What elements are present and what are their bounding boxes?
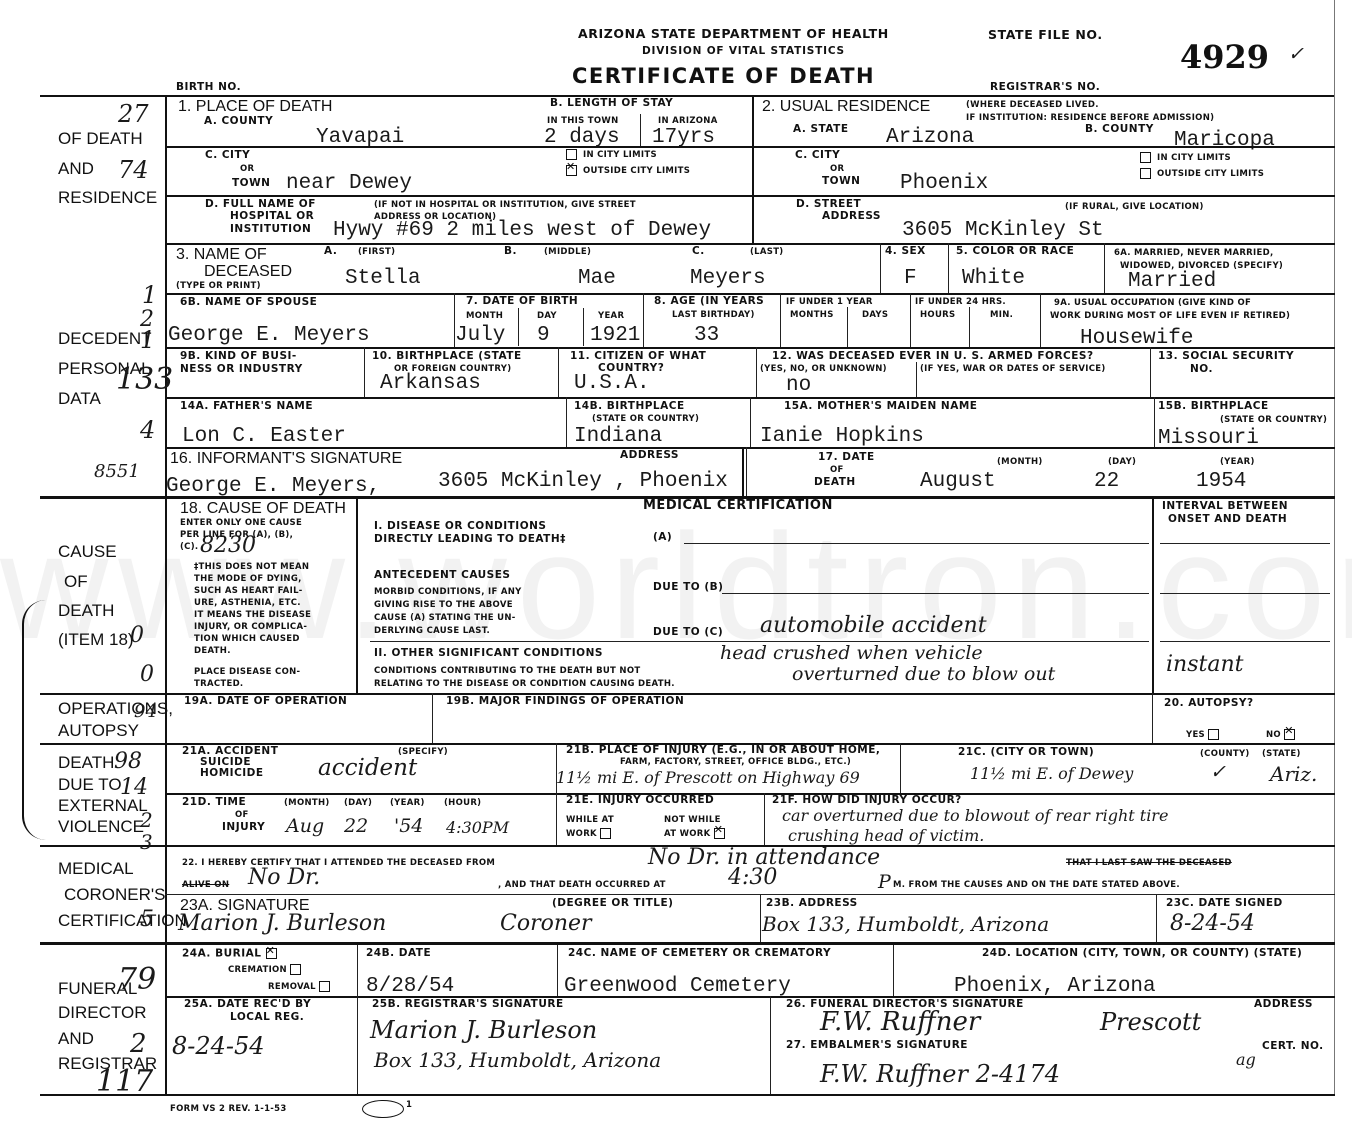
injury-time-hour-label: (HOUR) [444, 798, 481, 808]
certify-text-5: M. FROM THE CAUSES AND ON THE DATE STATE… [893, 880, 1180, 890]
margin-code: 8551 [94, 462, 140, 482]
checkbox-removal[interactable] [319, 981, 330, 992]
cemetery-location-label: 24D. LOCATION (CITY, TOWN, OR COUNTY) (S… [982, 948, 1302, 959]
dod-label-2: OF [830, 465, 844, 475]
birth-no-label: BIRTH NO. [176, 82, 241, 93]
town-label: TOWN [232, 178, 270, 189]
antecedent-1: MORBID CONDITIONS, IF ANY [374, 587, 522, 597]
margin-item18: (ITEM 18) [58, 631, 134, 649]
age-label-2: LAST BIRTHDAY) [672, 310, 755, 320]
last-name-label: C. [692, 246, 705, 257]
medical-certification-label: MEDICAL CERTIFICATION [643, 500, 833, 511]
residence-state-label: A. STATE [793, 124, 849, 135]
certify-text-1: 22. I HEREBY CERTIFY THAT I ATTENDED THE… [182, 858, 495, 868]
first-name-label: A. [324, 246, 337, 257]
street-label-1: D. STREET [796, 199, 861, 210]
other-conditions-value-2: overturned due to blow out [792, 664, 1055, 684]
margin-coroners: CORONER'S [64, 886, 165, 904]
how-injury-label: 21F. HOW DID INJURY OCCUR? [772, 795, 962, 806]
certify-text-3: ALIVE ON [182, 880, 229, 890]
margin-medical: MEDICAL [58, 860, 134, 878]
industry-label-2: NESS OR INDUSTRY [180, 364, 303, 375]
injury-place-value: 11½ mi E. of Prescott on Highway 69 [556, 768, 860, 788]
injury-occurred-label: 21E. INJURY OCCURRED [566, 795, 714, 806]
race-label: 5. COLOR OR RACE [956, 246, 1074, 257]
city-or-label: OR [240, 164, 254, 174]
dob-day-label: DAY [537, 311, 557, 321]
under-1-months-label: MONTHS [790, 310, 834, 320]
usual-residence-note2: IF INSTITUTION: RESIDENCE BEFORE ADMISSI… [966, 113, 1214, 123]
margin-code: 14 [120, 778, 148, 798]
date-signed-label: 23C. DATE SIGNED [1166, 898, 1283, 909]
degree-label: (DEGREE OR TITLE) [552, 898, 673, 909]
cause-note-1: ‡THIS DOES NOT MEAN [194, 562, 309, 572]
stay-town-label: IN THIS TOWN [547, 116, 619, 126]
embalmer-signature: F.W. Ruffner 2-4174 [820, 1064, 1060, 1084]
cemetery-label: 24C. NAME OF CEMETERY OR CREMATORY [568, 948, 831, 959]
autopsy-no[interactable]: NO [1266, 729, 1301, 740]
first-name-value: Stella [345, 268, 421, 290]
cause-c-label: DUE TO (C) [653, 627, 723, 638]
middle-name-value: Mae [578, 268, 616, 290]
hospital-label-3: INSTITUTION [230, 224, 311, 235]
armed-forces-sub2: (IF YES, WAR OR DATES OF SERVICE) [920, 364, 1106, 374]
occupation-label-1: 9A. USUAL OCCUPATION (GIVE KIND OF [1054, 298, 1251, 308]
injury-time-day-value: 22 [344, 816, 368, 836]
margin-code: 0 [130, 626, 144, 646]
street-label-2: ADDRESS [822, 211, 881, 222]
mother-birthplace-label-1: 15B. BIRTHPLACE [1158, 401, 1269, 412]
while-at-work[interactable]: WORK [566, 828, 617, 839]
margin-code: 1 [140, 330, 155, 350]
funeral-director-signature: F.W. Ruffner [820, 1012, 980, 1032]
under-1-days-label: DAYS [862, 310, 888, 320]
dob-year-label: YEAR [598, 311, 624, 321]
occupation-label-2: WORK DURING MOST OF LIFE EVEN IF RETIRED… [1050, 311, 1290, 321]
residence-street-value: 3605 McKinley St [902, 220, 1104, 242]
usual-residence-label: 2. USUAL RESIDENCE [762, 98, 930, 115]
margin-code: 133 [116, 370, 173, 390]
cause-c-value: automobile accident [760, 616, 987, 636]
dob-label: 7. DATE OF BIRTH [466, 296, 578, 307]
coroner-signature-value: Marion J. Burleson [178, 914, 386, 934]
disease-label-1: I. DISEASE OR CONDITIONS [374, 521, 546, 532]
industry-label-1: 9B. KIND OF BUSI- [180, 351, 297, 362]
antecedent-2: GIVING RISE TO THE ABOVE [374, 600, 513, 610]
residence-city-value: Phoenix [900, 173, 988, 195]
under-1-year-label: IF UNDER 1 YEAR [786, 297, 873, 307]
other-conditions-label: II. OTHER SIGNIFICANT CONDITIONS [374, 648, 603, 659]
res-in-city-limits[interactable]: IN CITY LIMITS [1140, 152, 1231, 163]
under-24-hours-label: HOURS [920, 310, 955, 320]
margin-code: 74 [118, 160, 149, 180]
margin-code: 0 [140, 665, 154, 685]
margin-and-2: AND [58, 1030, 94, 1048]
father-name-value: Lon C. Easter [182, 426, 346, 448]
first-name-sub: (FIRST) [358, 247, 395, 257]
date-received-value: 8-24-54 [172, 1036, 265, 1056]
injury-time-label-1: 21D. TIME [182, 797, 246, 808]
middle-name-label: B. [504, 246, 517, 257]
under-24-min-label: MIN. [990, 310, 1013, 320]
injury-county-label: (COUNTY) [1200, 749, 1250, 759]
cause-b-label: DUE TO (B) [653, 582, 723, 593]
armed-forces-value: no [786, 375, 811, 397]
margin-decedent: DECEDENT [58, 330, 152, 348]
margin-code: 79 [118, 970, 156, 990]
name-label-3: (TYPE OR PRINT) [176, 281, 261, 291]
margin-director: DIRECTOR [58, 1004, 146, 1022]
injury-time-month-label: (MONTH) [284, 798, 330, 808]
ssn-label-1: 13. SOCIAL SECURITY [1158, 351, 1294, 362]
antecedent-4: DERLYING CAUSE LAST. [374, 626, 490, 636]
citizen-label-1: 11. CITIZEN OF WHAT [570, 351, 706, 362]
last-name-sub: (LAST) [750, 247, 783, 257]
certificate-title: CERTIFICATE OF DEATH [572, 64, 875, 88]
res-city-or-label: OR [830, 164, 844, 174]
how-injury-value-1: car overturned due to blowout of rear ri… [782, 806, 1168, 826]
form-number: FORM VS 2 REV. 1-1-53 [170, 1104, 287, 1114]
division-title: DIVISION OF VITAL STATISTICS [642, 45, 845, 57]
degree-value: Coroner [500, 914, 592, 934]
injury-time-hour-value: 4:30PM [446, 818, 509, 838]
margin-code: 94 [134, 702, 157, 722]
injury-time-month-value: Aug [286, 816, 324, 836]
disease-label-2: DIRECTLY LEADING TO DEATH‡ [374, 534, 566, 545]
death-outside-city-limits[interactable]: OUTSIDE CITY LIMITS [566, 165, 690, 176]
sex-value: F [904, 268, 917, 290]
cause-note-7: TION WHICH CAUSED [194, 634, 300, 644]
interval-value: instant [1166, 655, 1243, 675]
removal-option[interactable]: REMOVAL [268, 981, 336, 992]
burial-date-label: 24B. DATE [366, 948, 431, 959]
margin-death: DEATH [58, 602, 114, 620]
margin-code: 4 [140, 420, 155, 440]
registrar-address-value: Box 133, Humboldt, Arizona [374, 1050, 661, 1070]
checkbox-res-outside-city-limits[interactable] [1140, 168, 1151, 179]
cause-note-4: URE, ASTHENIA, ETC. [194, 598, 301, 608]
union-label-icon [362, 1100, 404, 1118]
operation-findings-label: 19B. MAJOR FINDINGS OF OPERATION [446, 696, 684, 707]
other-conditions-sub-1: CONDITIONS CONTRIBUTING TO THE DEATH BUT… [374, 666, 640, 676]
checkbox-in-city-limits[interactable] [566, 149, 577, 160]
res-city-label: C. CITY [795, 150, 840, 161]
place-of-death-label: 1. PLACE OF DEATH [178, 98, 332, 115]
interval-label-1: INTERVAL BETWEEN [1162, 501, 1288, 512]
marital-label-1: 6A. MARRIED, NEVER MARRIED, [1114, 248, 1273, 258]
bracket-mark [22, 600, 46, 840]
injury-state-label: (STATE) [1262, 749, 1301, 759]
mother-name-label: 15A. MOTHER'S MAIDEN NAME [784, 401, 977, 412]
hospital-note: (IF NOT IN HOSPITAL OR INSTITUTION, GIVE… [374, 200, 636, 210]
last-name-value: Meyers [690, 268, 766, 290]
other-conditions-value-1: head crushed when vehicle [720, 643, 983, 663]
cause-of-death-label: 18. CAUSE OF DEATH [180, 500, 346, 517]
checkbox-burial[interactable] [266, 948, 277, 959]
checkbox-res-in-city-limits[interactable] [1140, 152, 1151, 163]
cause-instr-3: (C). [180, 542, 198, 552]
mother-birthplace-label-2: (STATE OR COUNTRY) [1220, 415, 1327, 425]
dod-year-label: (YEAR) [1220, 457, 1255, 467]
place-contracted-1: PLACE DISEASE CON- [194, 667, 300, 677]
spouse-value: George E. Meyers [168, 325, 370, 347]
burial-date-value: 8/28/54 [366, 976, 454, 998]
cause-a-label: (A) [653, 532, 672, 543]
dob-month-value: July [455, 325, 505, 347]
citizen-value: U.S.A. [574, 373, 650, 395]
margin-code: 3 [140, 832, 153, 852]
injury-city-value: 11½ mi E. of Dewey [970, 764, 1133, 784]
margin-autopsy: AUTOPSY [58, 722, 139, 740]
ssn-label-2: NO. [1190, 364, 1213, 375]
antecedent-label: ANTECEDENT CAUSES [374, 570, 510, 581]
spouse-label: 6B. NAME OF SPOUSE [180, 297, 317, 308]
department-title: ARIZONA STATE DEPARTMENT OF HEALTH [578, 26, 889, 41]
checkbox-autopsy-yes[interactable] [1208, 729, 1219, 740]
race-value: White [962, 268, 1025, 290]
death-ampm-value: P [878, 872, 891, 892]
union-label-number: 1 [406, 1100, 412, 1110]
injury-type-label-3: HOMICIDE [200, 768, 264, 779]
street-note: (IF RURAL, GIVE LOCATION) [1065, 202, 1204, 212]
margin-of: OF [64, 573, 88, 591]
margin-residence: RESIDENCE [58, 189, 157, 207]
registrar-signature-label: 25B. REGISTRAR'S SIGNATURE [372, 999, 564, 1010]
date-received-label-2: LOCAL REG. [230, 1012, 304, 1023]
margin-of-death: OF DEATH [58, 130, 143, 148]
injury-time-year-label: (YEAR) [390, 798, 425, 808]
injury-place-label-2: FARM, FACTORY, STREET, OFFICE BLDG., ETC… [620, 757, 851, 767]
margin-code: 5 [140, 910, 154, 930]
length-of-stay-label: B. LENGTH OF STAY [550, 98, 673, 109]
hospital-value: Hywy #69 2 miles west of Dewey [333, 220, 711, 242]
cremation-option[interactable]: CREMATION [228, 964, 307, 975]
age-value: 33 [694, 325, 719, 347]
dod-month-label: (MONTH) [997, 457, 1043, 467]
age-label-1: 8. AGE (IN YEARS [654, 296, 764, 307]
cause-note-2: THE MODE OF DYING, [194, 574, 302, 584]
injury-time-label-2: OF [235, 810, 249, 820]
dob-month-label: MONTH [466, 311, 503, 321]
certify-text-2: THAT I LAST SAW THE DECEASED [1066, 858, 1232, 868]
margin-data: DATA [58, 390, 101, 408]
burial-option[interactable]: 24A. BURIAL [182, 948, 283, 960]
county-label: A. COUNTY [204, 116, 273, 127]
informant-address-value: 3605 McKinley , Phoenix [438, 471, 728, 493]
embalmer-label: 27. EMBALMER'S SIGNATURE [786, 1040, 968, 1051]
other-conditions-sub-2: RELATING TO THE DISEASE OR CONDITION CAU… [374, 679, 675, 689]
place-contracted-2: TRACTED. [194, 679, 243, 689]
cause-code-value: 8230 [200, 536, 256, 556]
birthplace-label-1: 10. BIRTHPLACE (STATE [372, 351, 522, 362]
dod-month-value: August [920, 471, 996, 493]
informant-address-label: ADDRESS [620, 450, 679, 461]
sex-label: 4. SEX [885, 246, 926, 257]
death-time-value: 4:30 [728, 868, 777, 888]
father-birthplace-value: Indiana [574, 426, 662, 448]
hospital-label-1: D. FULL NAME OF [205, 199, 316, 210]
res-town-label: TOWN [822, 176, 860, 187]
registrar-signature-value: Marion J. Burleson [370, 1020, 597, 1040]
checkbox-cremation[interactable] [290, 964, 301, 975]
cause-note-8: DEATH. [194, 646, 231, 656]
checkbox-outside-city-limits[interactable] [566, 165, 577, 176]
margin-violence: VIOLENCE [58, 818, 144, 836]
registrar-no-label: REGISTRAR'S NO. [990, 82, 1100, 93]
state-file-label: STATE FILE NO. [988, 27, 1103, 42]
date-signed-value: 8-24-54 [1170, 914, 1255, 934]
cemetery-location-value: Phoenix, Arizona [954, 976, 1156, 998]
dod-label-1: 17. DATE [818, 452, 875, 463]
autopsy-label: 20. AUTOPSY? [1164, 698, 1254, 709]
check-mark-icon: ✓ [1288, 44, 1304, 64]
name-label-1: 3. NAME OF [176, 246, 267, 263]
injury-time-year-value: '54 [394, 816, 423, 836]
father-birthplace-label-2: (STATE OR COUNTRY) [592, 414, 699, 424]
checkbox-not-while-at-work[interactable] [714, 828, 725, 839]
coroner-address-value: Box 133, Humboldt, Arizona [762, 914, 1049, 934]
dod-label-3: DEATH [814, 477, 856, 488]
state-file-number: 4929 [1180, 38, 1269, 76]
cause-note-3: SUCH AS HEART FAIL- [194, 586, 303, 596]
stay-arizona-label: IN ARIZONA [658, 116, 718, 126]
antecedent-3: CAUSE (A) STATING THE UN- [374, 613, 516, 623]
dob-day-value: 9 [537, 325, 550, 347]
date-received-label-1: 25A. DATE REC'D BY [184, 999, 311, 1010]
dod-day-value: 22 [1094, 471, 1119, 493]
margin-death-external: DEATH [58, 754, 114, 772]
checkbox-autopsy-no[interactable] [1284, 729, 1295, 740]
injury-time-day-label: (DAY) [344, 798, 372, 808]
injury-state-value: Ariz. [1270, 764, 1317, 784]
margin-certification: CERTIFICATION [58, 912, 187, 930]
injury-type-value: accident [318, 758, 417, 778]
name-label-2: DECEASED [204, 263, 292, 280]
cemetery-value: Greenwood Cemetery [564, 976, 791, 998]
coroner-address-label: 23B. ADDRESS [766, 898, 858, 909]
injury-place-label-1: 21B. PLACE OF INJURY (E.G., IN OR ABOUT … [566, 745, 880, 756]
margin-code: 2 [140, 810, 153, 830]
margin-code: 2 [130, 1034, 147, 1054]
usual-residence-note1: (WHERE DECEASED LIVED. [966, 100, 1099, 110]
certify-text-4: , AND THAT DEATH OCCURRED AT [498, 880, 666, 890]
death-city-value: near Dewey [286, 173, 412, 195]
dod-year-value: 1954 [1196, 471, 1246, 493]
informant-label: 16. INFORMANT'S SIGNATURE [170, 450, 402, 467]
cause-note-5: IT MEANS THE DISEASE [194, 610, 311, 620]
city-label: C. CITY [205, 150, 250, 161]
marital-value: Married [1128, 271, 1216, 293]
interval-label-2: ONSET AND DEATH [1168, 514, 1287, 525]
informant-signature-value: George E. Meyers, [166, 476, 380, 498]
under-24-label: IF UNDER 24 HRS. [915, 297, 1006, 307]
armed-forces-sub1: (YES, NO, OR UNKNOWN) [760, 364, 887, 374]
funeral-address-label: ADDRESS [1254, 999, 1313, 1010]
cert-no-value: ag [1236, 1050, 1256, 1070]
injury-time-label-3: INJURY [222, 822, 265, 833]
margin-code: 27 [118, 104, 149, 124]
last-seen-value: No Dr. [248, 868, 320, 888]
not-while-at-work[interactable]: AT WORK [664, 828, 731, 839]
margin-code: 117 [96, 1072, 153, 1092]
how-injury-value-2: crushing head of victim. [788, 826, 984, 846]
not-while-at-work-label: NOT WHILE [664, 815, 721, 825]
cause-instr-1: ENTER ONLY ONE CAUSE [180, 518, 302, 528]
cause-note-6: INJURY, OR COMPLICA- [194, 622, 307, 632]
while-at-work-label: WHILE AT [566, 815, 614, 825]
hospital-label-2: HOSPITAL OR [230, 211, 314, 222]
residence-county-label: B. COUNTY [1085, 124, 1154, 135]
father-name-label: 14A. FATHER'S NAME [180, 401, 313, 412]
res-outside-city-limits[interactable]: OUTSIDE CITY LIMITS [1140, 168, 1264, 179]
margin-cause: CAUSE [58, 543, 117, 561]
injury-city-label: 21C. (CITY OR TOWN) [958, 747, 1094, 758]
father-birthplace-label-1: 14B. BIRTHPLACE [574, 401, 685, 412]
middle-name-sub: (MIDDLE) [544, 247, 591, 257]
birthplace-value: Arkansas [380, 373, 481, 395]
cert-no-label: CERT. NO. [1262, 1041, 1324, 1052]
checkbox-while-at-work[interactable] [600, 828, 611, 839]
margin-due-to: DUE TO [58, 776, 122, 794]
margin-code: 1 [142, 285, 157, 305]
dod-day-label: (DAY) [1108, 457, 1136, 467]
margin-and: AND [58, 160, 94, 178]
residence-county-value: Maricopa [1174, 130, 1275, 152]
mother-name-value: Ianie Hopkins [760, 426, 924, 448]
dob-year-value: 1921 [590, 325, 640, 347]
injury-county-value: ✓ [1210, 762, 1226, 782]
autopsy-yes[interactable]: YES [1186, 729, 1225, 740]
death-in-city-limits[interactable]: IN CITY LIMITS [566, 149, 657, 160]
funeral-address-value: Prescott [1100, 1012, 1201, 1032]
operation-date-label: 19A. DATE OF OPERATION [184, 696, 347, 707]
armed-forces-label: 12. WAS DECEASED EVER IN U. S. ARMED FOR… [772, 351, 1094, 362]
margin-code: 98 [114, 752, 142, 772]
